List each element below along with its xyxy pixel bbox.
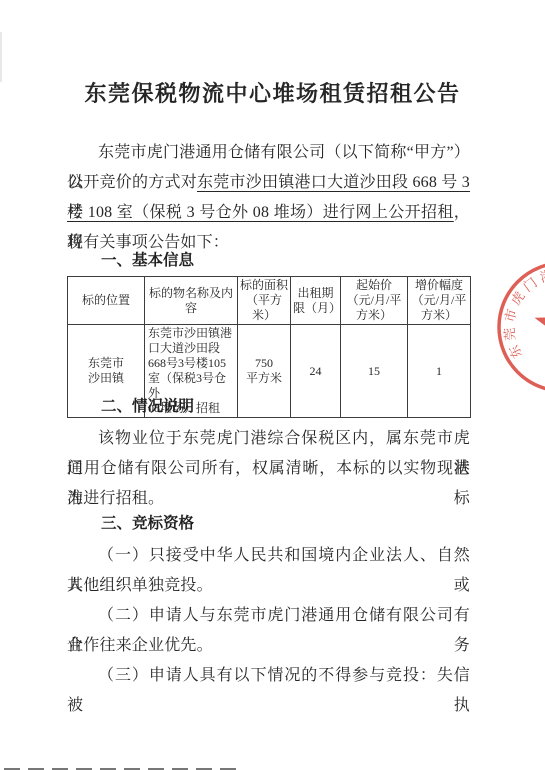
- table-header-cell: 标的面积（平方米）: [238, 277, 291, 325]
- section-heading-qualification: 三、竞标资格: [67, 513, 470, 535]
- text-line: 该物业位于东莞虎门港综合保税区内，属东莞市虎门港: [67, 424, 470, 454]
- text-line: 通用仓储有限公司所有，权属清晰，本标的以实物现状为标: [67, 454, 470, 484]
- intro-paragraph: 东莞市虎门港通用仓储有限公司（以下简称“甲方”）以公开竞价的方式对东莞市沙田镇港…: [67, 138, 470, 258]
- table-header-row: 标的位置标的物名称及内容标的面积（平方米）出租期限（月）起始价（元/月/平方米）…: [68, 277, 471, 325]
- text-segment: 其他组织单独竞投。: [67, 577, 213, 594]
- table-header-cell: 标的位置: [68, 277, 145, 325]
- table-header-cell: 出租期限（月）: [291, 277, 341, 325]
- scan-artifact-left: [0, 32, 2, 82]
- text-segment: 准进行招租。: [67, 490, 164, 507]
- underlined-text: 楼 108 室（保税 3 号仓外 08 堆场）进行网上公开招租: [67, 204, 454, 221]
- text-line: 公开竞价的方式对东莞市沙田镇港口大道沙田段 668 号 3 号: [67, 168, 470, 198]
- text-segment: 公开竞价的方式对: [67, 174, 197, 191]
- text-segment: 将有关事项公告如下：: [67, 234, 229, 251]
- table-header-cell: 标的物名称及内容: [145, 277, 238, 325]
- page-title: 东莞保税物流中心堆场租赁招租公告: [0, 80, 545, 108]
- text-line: （二）申请人与东莞市虎门港通用仓储有限公司有业务: [67, 601, 470, 631]
- company-seal-stamp: 东莞市虎门港通用仓储有限公司: [493, 257, 545, 397]
- situation-paragraph: 该物业位于东莞虎门港综合保税区内，属东莞市虎门港通用仓储有限公司所有，权属清晰，…: [67, 424, 470, 514]
- table-header-cell: 起始价（元/月/平方米）: [341, 277, 408, 325]
- text-line: （三）申请人具有以下情况的不得参与竞投：失信被执: [67, 661, 470, 691]
- text-line: 东莞市虎门港通用仓储有限公司（以下简称“甲方”）以: [67, 138, 470, 168]
- document-page: 东莞保税物流中心堆场租赁招租公告 东莞市虎门港通用仓储有限公司（以下简称“甲方”…: [0, 0, 545, 770]
- text-line: （一）只接受中华人民共和国境内企业法人、自然人或: [67, 541, 470, 571]
- table-header-cell: 增价幅度（元/月/平方米）: [408, 277, 471, 325]
- text-segment: （三）申请人具有以下情况的不得参与竞投：失信被执: [67, 667, 470, 714]
- text-segment: 合作往来企业优先。: [67, 637, 213, 654]
- text-line: 楼 108 室（保税 3 号仓外 08 堆场）进行网上公开招租，现: [67, 198, 470, 228]
- section-heading-basic-info: 一、基本信息: [67, 250, 470, 272]
- qualification-paragraph: （一）只接受中华人民共和国境内企业法人、自然人或其他组织单独竞投。（二）申请人与…: [67, 541, 470, 691]
- seal-star-icon: [535, 297, 545, 351]
- section-heading-situation: 二、情况说明: [67, 396, 470, 418]
